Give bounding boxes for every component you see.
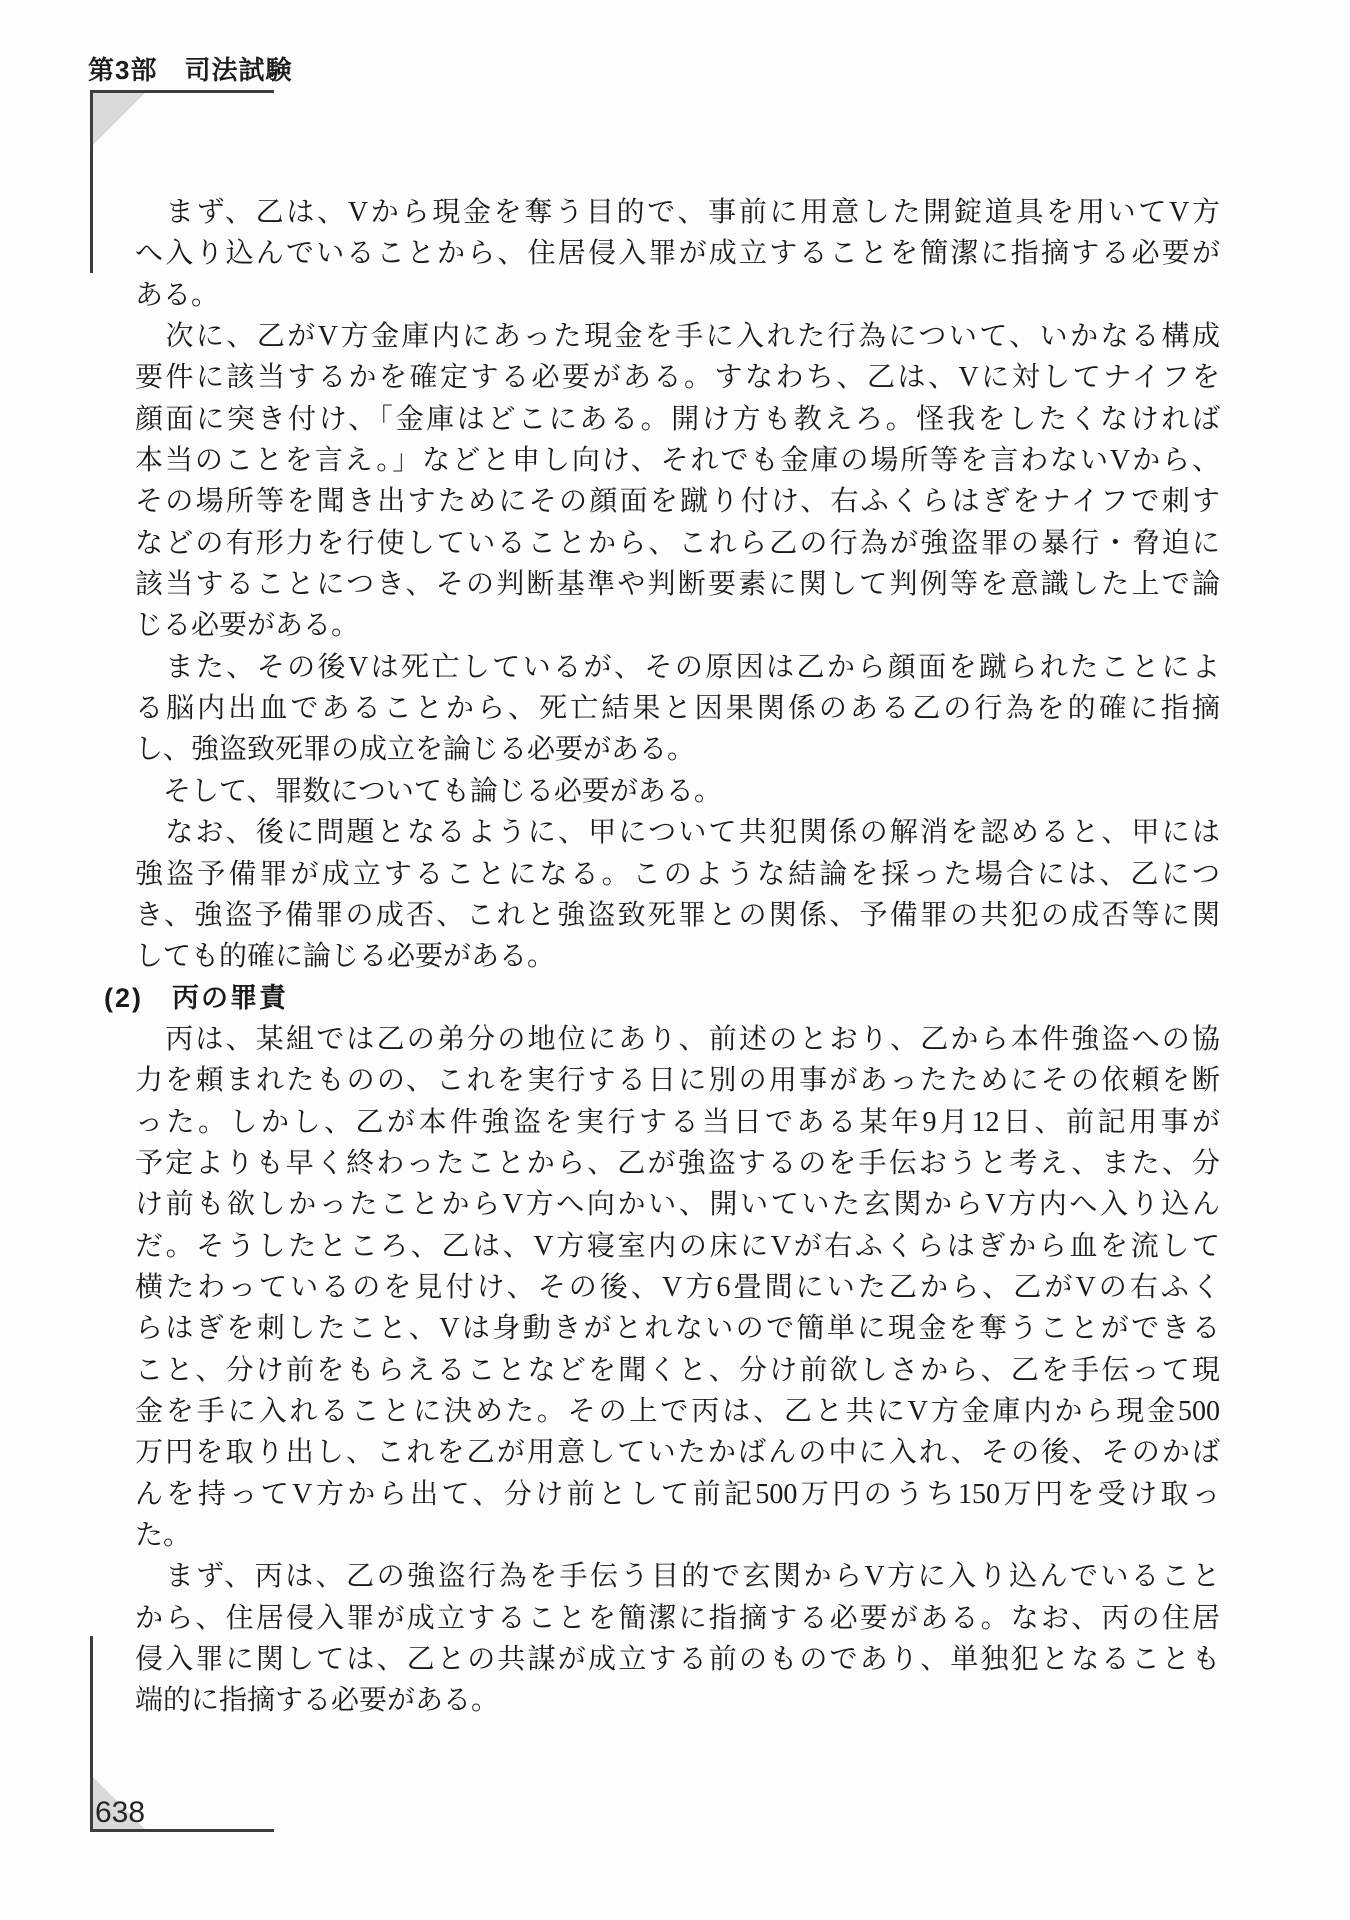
text-line: まず、丙は、乙の強盗行為を手伝う目的で玄関からV方に入り込んでいること <box>135 1556 1220 1597</box>
text-line: んを持ってV方から出て、分け前として前記500万円のうち150万円を受け取っ <box>135 1474 1220 1515</box>
text-line: その場所等を聞き出すためにその顔面を蹴り付け、右ふくらはぎをナイフで刺す <box>135 481 1220 522</box>
corner-triangle-top <box>93 93 145 145</box>
page-header-title: 第3部 司法試験 <box>88 50 292 87</box>
text-line: 本当のことを言え。」などと申し向け、それでも金庫の場所等を言わないVから、 <box>135 440 1220 481</box>
text-line: なお、後に問題となるように、甲について共犯関係の解消を認めると、甲には <box>135 812 1220 853</box>
text-line: 要件に該当するかを確定する必要がある。すなわち、乙は、Vに対してナイフを <box>135 357 1220 398</box>
text-line: 予定よりも早く終わったことから、乙が強盗するのを手伝おうと考え、また、分 <box>135 1143 1220 1184</box>
text-line: 力を頼まれたものの、これを実行する日に別の用事があったためにその依頼を断 <box>135 1060 1220 1101</box>
page-number: 638 <box>95 1796 145 1830</box>
text-line: 侵入罪に関しては、乙との共謀が成立する前のものであり、単独犯となることも <box>135 1639 1220 1680</box>
text-line: 横たわっているのを見付け、その後、V方6畳間にいた乙から、乙がVの右ふく <box>135 1267 1220 1308</box>
text-line: し、強盗致死罪の成立を論じる必要がある。 <box>135 729 1220 770</box>
text-line: へ入り込んでいることから、住居侵入罪が成立することを簡潔に指摘する必要が <box>135 233 1220 274</box>
section-heading: (2) 丙の罪責 <box>104 978 1220 1019</box>
text-line: まず、乙は、Vから現金を奪う目的で、事前に用意した開錠道具を用いてV方 <box>135 192 1220 233</box>
text-line: だ。そうしたところ、乙は、V方寝室内の床にVが右ふくらはぎから血を流して <box>135 1226 1220 1267</box>
text-line: 端的に指摘する必要がある。 <box>135 1680 1220 1721</box>
text-line: た。 <box>135 1515 1220 1556</box>
text-line: こと、分け前をもらえることなどを聞くと、分け前欲しさから、乙を手伝って現 <box>135 1350 1220 1391</box>
text-line: 強盗予備罪が成立することになる。このような結論を採った場合には、乙につ <box>135 854 1220 895</box>
text-line: らはぎを刺したこと、Vは身動きがとれないので簡単に現金を奪うことができる <box>135 1308 1220 1349</box>
text-line: じる必要がある。 <box>135 605 1220 646</box>
text-line: 顔面に突き付け、「金庫はどこにある。開け方も教えろ。怪我をしたくなければ <box>135 399 1220 440</box>
text-line: 丙は、某組では乙の弟分の地位にあり、前述のとおり、乙から本件強盗への協 <box>135 1019 1220 1060</box>
book-page: 第3部 司法試験 まず、乙は、Vから現金を奪う目的で、事前に用意した開錠道具を用… <box>0 0 1350 1920</box>
text-line: 次に、乙がV方金庫内にあった現金を手に入れた行為について、いかなる構成 <box>135 316 1220 357</box>
body-text-block: まず、乙は、Vから現金を奪う目的で、事前に用意した開錠道具を用いてV方 へ入り込… <box>135 192 1220 1722</box>
text-line: また、その後Vは死亡しているが、その原因は乙から顔面を蹴られたことによ <box>135 647 1220 688</box>
text-line: から、住居侵入罪が成立することを簡潔に指摘する必要がある。なお、丙の住居 <box>135 1598 1220 1639</box>
text-line: ある。 <box>135 275 1220 316</box>
text-line: った。しかし、乙が本件強盗を実行する当日である某年9月12日、前記用事が <box>135 1102 1220 1143</box>
text-line: け前も欲しかったことからV方へ向かい、開いていた玄関からV方内へ入り込ん <box>135 1184 1220 1225</box>
text-line: 万円を取り出し、これを乙が用意していたかばんの中に入れ、その後、そのかば <box>135 1432 1220 1473</box>
text-line: 金を手に入れることに決めた。その上で丙は、乙と共にV方金庫内から現金500 <box>135 1391 1220 1432</box>
text-line: そして、罪数についても論じる必要がある。 <box>135 771 1220 812</box>
text-line: などの有形力を行使していることから、これら乙の行為が強盗罪の暴行・脅迫に <box>135 523 1220 564</box>
text-line: しても的確に論じる必要がある。 <box>135 936 1220 977</box>
footer-rule-horizontal <box>90 1829 274 1832</box>
text-line: る脳内出血であることから、死亡結果と因果関係のある乙の行為を的確に指摘 <box>135 688 1220 729</box>
text-line: き、強盗予備罪の成否、これと強盗致死罪との関係、予備罪の共犯の成否等に関 <box>135 895 1220 936</box>
text-line: 該当することにつき、その判断基準や判断要素に関して判例等を意識した上で論 <box>135 564 1220 605</box>
